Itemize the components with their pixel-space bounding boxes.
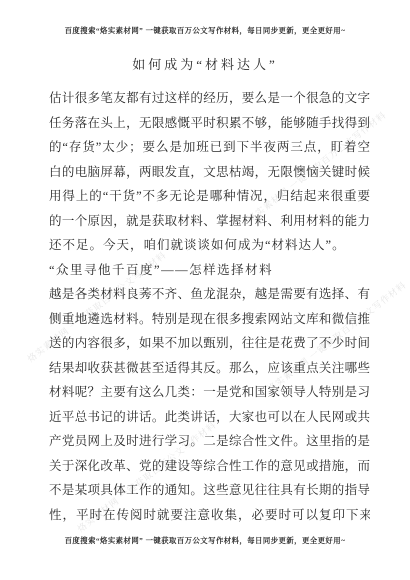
- text-line: 不是某项具体工作的通知。这些意见往往具有长期的指导: [49, 478, 370, 503]
- document-page: 百度搜索“烙实素材网” 一键获取百万公文写作材料，每日同步更新，更全更好用~ 烙…: [0, 0, 410, 580]
- header-banner: 百度搜索“烙实素材网” 一键获取百万公文写作材料，每日同步更新，更全更好用~: [16, 25, 393, 35]
- paragraph-1: 估计很多笔友都有过这样的经历，要么是一个很急的文字任务落在头上，无限感慨平时积累…: [49, 86, 370, 258]
- text-line: 送的内容很多，如果不加以甄别，往往是花费了不少时间: [49, 331, 370, 356]
- text-line: 性，平时在传阅时就要注意收集，必要时可以复印下来。: [49, 503, 370, 528]
- paragraph-2: 越是各类材料良莠不齐、鱼龙混杂，越是需要有选择、有侧重地遴选材料。特别是现在很多…: [49, 282, 370, 527]
- text-line: 用得上的“干货”不多无论是哪种情况，归结起来很重要: [49, 184, 370, 209]
- text-line: 还不足。今天，咱们就谈谈如何成为“材料达人”。: [49, 233, 370, 258]
- text-line: 越是各类材料良莠不齐、鱼龙混杂，越是需要有选择、有: [49, 282, 370, 307]
- document-title: 如何成为“材料达人”: [0, 54, 410, 73]
- text-line: 结果却收获甚微甚至适得其反。那么，应该重点关注哪些: [49, 356, 370, 381]
- section-subheading: “众里寻他千百度”——怎样选择材料: [49, 258, 370, 283]
- text-line: 关于深化改革、党的建设等综合性工作的意见或措施，而: [49, 454, 370, 479]
- text-line: 产党员网上及时进行学习。二是综合性文件。这里指的是: [49, 429, 370, 454]
- document-body: 估计很多笔友都有过这样的经历，要么是一个很急的文字任务落在头上，无限感慨平时积累…: [49, 86, 370, 527]
- footer-banner: 百度搜索“烙实素材网” 一键获取百万公文写作材料，每日同步更新，更全更好用~: [16, 535, 393, 545]
- text-line: 材料呢？主要有这么几类：一是党和国家领导人特别是习: [49, 380, 370, 405]
- text-line: 的一个原因，就是获取材料、掌握材料、利用材料的能力: [49, 209, 370, 234]
- text-line: 任务落在头上，无限感慨平时积累不够，能够随手找得到: [49, 111, 370, 136]
- text-line: 估计很多笔友都有过这样的经历，要么是一个很急的文字: [49, 86, 370, 111]
- text-line: 近平总书记的讲话。此类讲话，大家也可以在人民网或共: [49, 405, 370, 430]
- text-line: 白的电脑屏幕，两眼发直，文思枯竭，无限懊恼关键时候: [49, 160, 370, 185]
- text-line: 侧重地遴选材料。特别是现在很多搜索网站文库和微信推: [49, 307, 370, 332]
- text-line: 的“存货”太少；要么是加班已到下半夜两三点，盯着空: [49, 135, 370, 160]
